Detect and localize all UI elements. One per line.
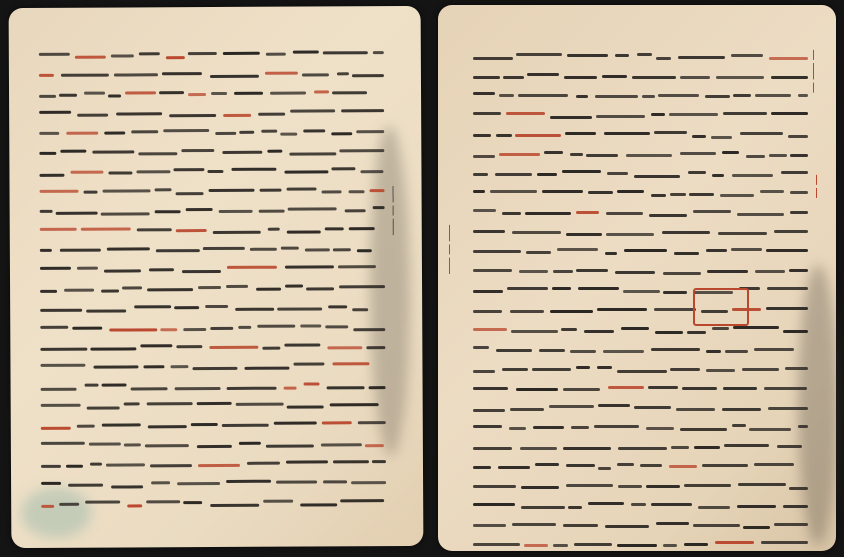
manuscript-line — [473, 515, 808, 535]
manuscript-line — [473, 437, 808, 457]
manuscript-line — [473, 86, 808, 106]
manuscript-line — [473, 203, 808, 223]
manuscript-line — [473, 106, 808, 126]
manuscript-line — [473, 281, 808, 301]
manuscript-line — [473, 496, 808, 516]
manuscript-line — [473, 47, 808, 67]
manuscript-line — [473, 145, 808, 165]
manuscript-line — [39, 122, 384, 143]
left-margin-note: ـــــ ـــ ـــــ — [390, 186, 404, 346]
right-text-block — [473, 47, 808, 554]
right-margin-note-left: ـــــ ـــ ـــــ — [446, 225, 459, 375]
manuscript-line — [473, 476, 808, 496]
manuscript-line — [473, 340, 808, 360]
manuscript-line — [473, 223, 808, 243]
right-margin-note-middle: ـــ ـــ — [813, 175, 826, 255]
manuscript-line — [473, 184, 808, 204]
manuscript-line — [473, 320, 808, 340]
manuscript-line — [40, 278, 385, 299]
manuscript-line — [473, 535, 808, 555]
manuscript-line — [41, 415, 386, 436]
manuscript-line — [39, 142, 384, 163]
manuscript-line — [40, 181, 385, 202]
manuscript-line — [40, 200, 385, 221]
manuscript-line — [40, 220, 385, 241]
decorative-knot-motif — [693, 288, 749, 326]
manuscript-line — [473, 125, 808, 145]
manuscript-line — [39, 103, 384, 124]
manuscript-line — [473, 457, 808, 477]
manuscript-line — [40, 337, 385, 358]
right-manuscript-page: ـــ ـــــ ـــ ـــ ـــ ـــــ ـــ ـــــ — [438, 5, 836, 551]
right-margin-note-top: ـــ ـــــ ـــ — [810, 50, 823, 150]
manuscript-line — [41, 493, 386, 514]
manuscript-line — [40, 259, 385, 280]
manuscript-line — [473, 164, 808, 184]
manuscript-line — [41, 376, 386, 397]
manuscript-line — [39, 83, 384, 104]
manuscript-line — [39, 161, 384, 182]
manuscript-line — [40, 239, 385, 260]
manuscript-line — [473, 67, 808, 87]
manuscript-line — [473, 262, 808, 282]
manuscript-line — [40, 356, 385, 377]
manuscript-line — [473, 242, 808, 262]
left-manuscript-page: ـــــ ـــ ـــــ — [9, 6, 424, 548]
manuscript-line — [39, 44, 384, 65]
manuscript-line — [40, 298, 385, 319]
manuscript-line — [473, 379, 808, 399]
manuscript-line — [41, 473, 386, 494]
manuscript-line — [40, 317, 385, 338]
left-text-block — [39, 44, 386, 514]
manuscript-line — [41, 395, 386, 416]
manuscript-line — [473, 398, 808, 418]
manuscript-line — [473, 301, 808, 321]
manuscript-line — [41, 434, 386, 455]
manuscript-line — [39, 64, 384, 85]
manuscript-line — [473, 359, 808, 379]
manuscript-line — [473, 418, 808, 438]
manuscript-line — [41, 454, 386, 475]
